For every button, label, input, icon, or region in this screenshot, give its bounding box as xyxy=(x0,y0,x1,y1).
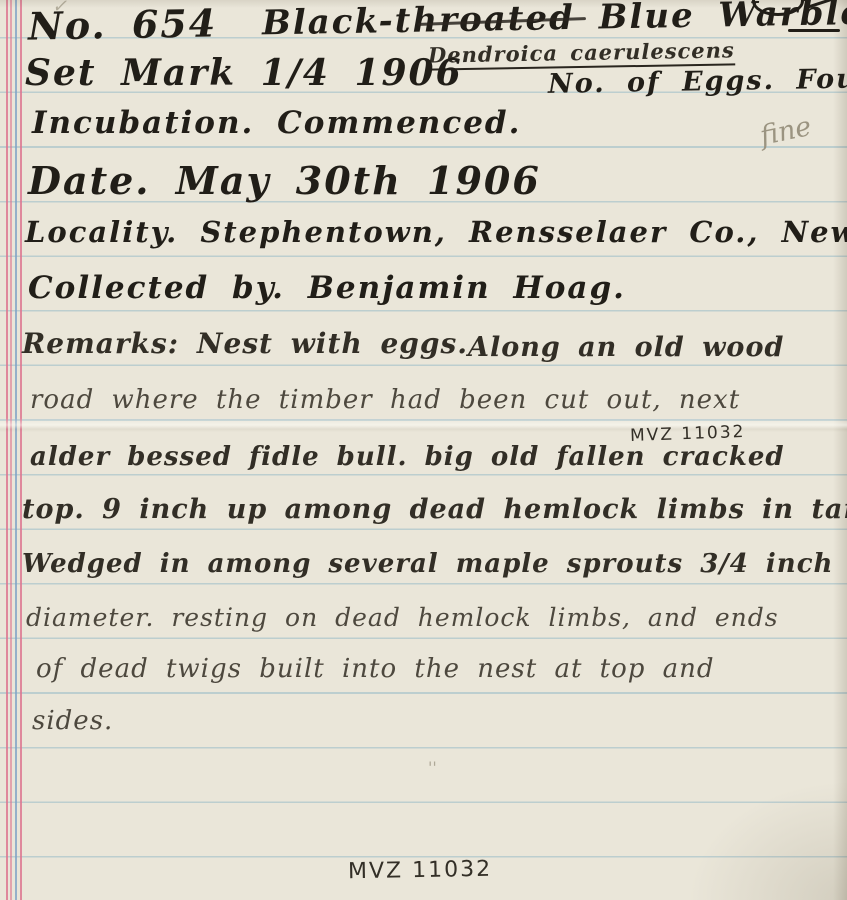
species-common-name: Black-throated Blue Warbler xyxy=(262,0,847,43)
species-scientific-name: Dendroica caerulescens xyxy=(428,37,735,67)
remarks-line-6: diameter. resting on dead hemlock limbs,… xyxy=(26,603,779,632)
notebook-page: ✓ No. 654 Black-throated Blue Warbler De… xyxy=(0,0,847,900)
incubation-line: Incubation. Commenced. xyxy=(32,105,521,141)
date-line: Date. May 30th 1906 xyxy=(28,158,541,203)
remarks-line-2: road where the timber had been cut out, … xyxy=(30,385,740,415)
margin-rule-pink-3 xyxy=(20,0,22,900)
mvz-number-bottom: MVZ 11032 xyxy=(348,857,493,885)
remarks-line-8: sides. xyxy=(32,706,113,736)
remarks-line-3: alder bessed fidle bull. big old fallen … xyxy=(30,442,785,472)
pencil-note-fine: fine xyxy=(757,111,814,152)
stray-mark: '' xyxy=(428,758,437,777)
remarks-line-5: Wedged in among several maple sprouts 3/… xyxy=(22,549,847,579)
collector-line: Collected by. Benjamin Hoag. xyxy=(28,270,626,306)
locality-line: Locality. Stephentown, Rensselaer Co., N… xyxy=(25,215,847,249)
page-shading-corner xyxy=(687,780,847,900)
remarks-line-1-right: Along an old wood xyxy=(468,332,784,363)
margin-rule-pink-2 xyxy=(10,0,12,900)
egg-count: No. of Eggs. Four. xyxy=(548,63,847,100)
remarks-line-1-left: Remarks: Nest with eggs. xyxy=(22,327,468,360)
page-shading-right xyxy=(833,0,847,900)
set-mark: Set Mark 1/4 1906 xyxy=(25,52,463,94)
remarks-line-7: of dead twigs built into the nest at top… xyxy=(36,654,715,684)
margin-rule-blue xyxy=(15,0,17,900)
record-number: No. 654 xyxy=(28,0,218,48)
margin-rule-pink-1 xyxy=(6,0,8,900)
remarks-line-4: top. 9 inch up among dead hemlock limbs … xyxy=(22,494,847,525)
